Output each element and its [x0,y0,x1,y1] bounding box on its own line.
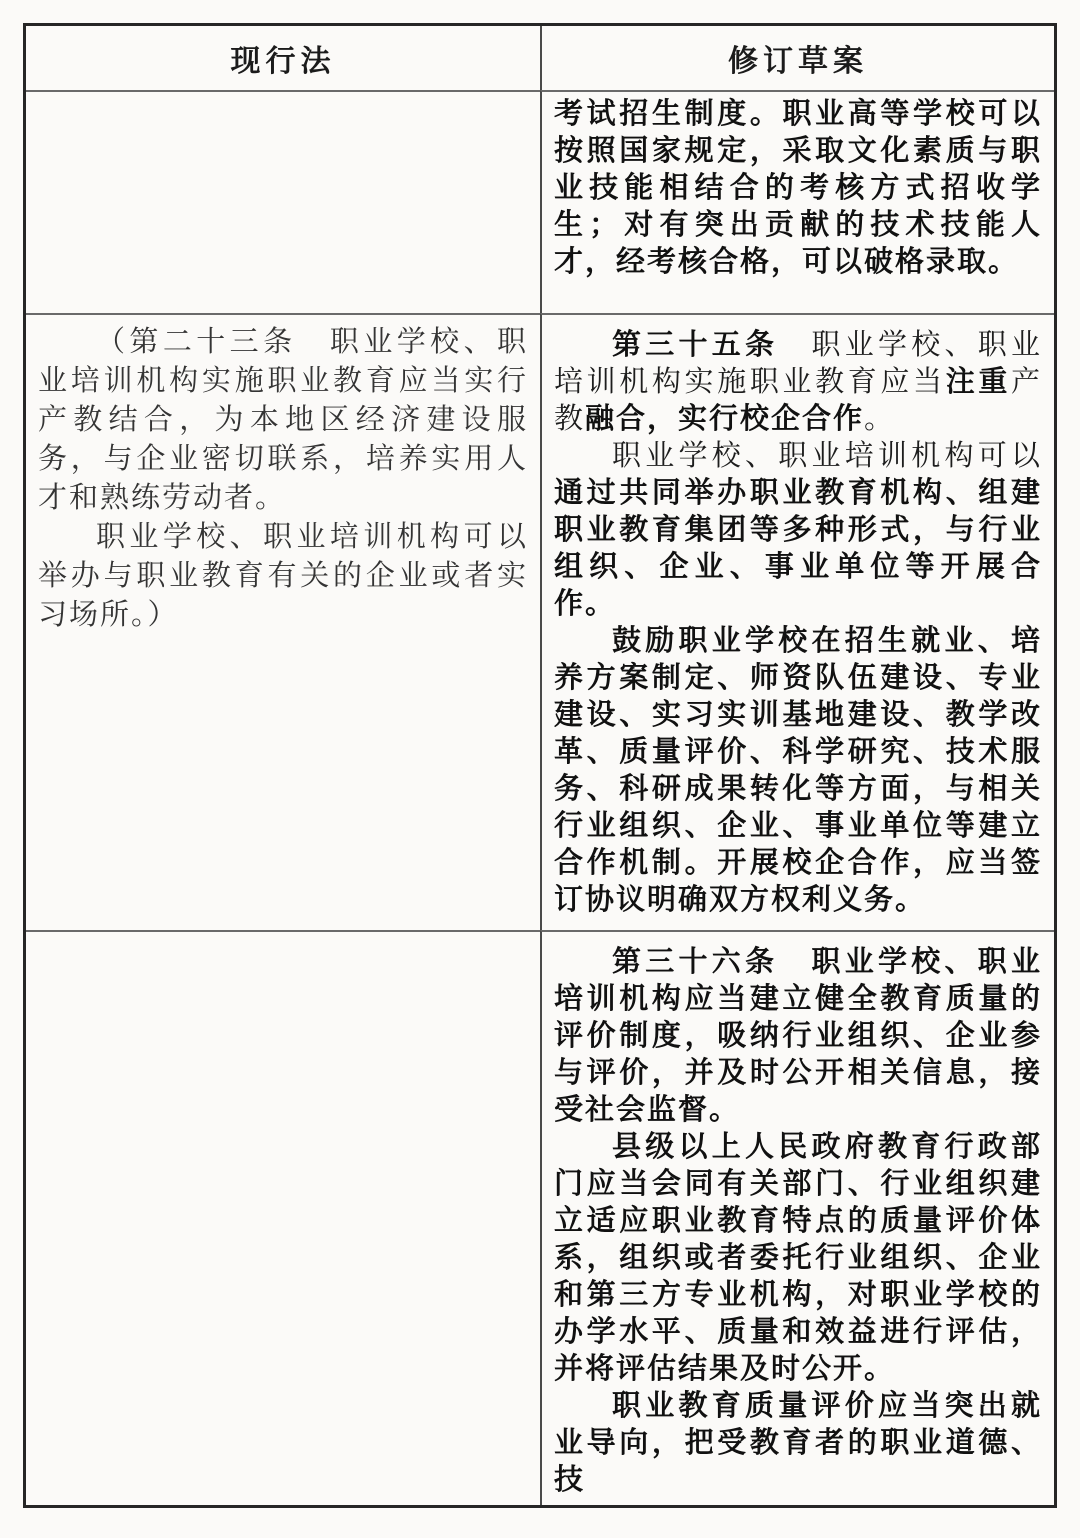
emphasized-text: 第三十六条 [612,946,778,978]
row-1-current-law-cell [26,90,540,313]
row-3-revision-draft-cell: 第三十六条 职业学校、职业培训机构应当建立健全教育质量的评价制度，吸纳行业组织、… [540,930,1054,1505]
row-2-current-law-cell: （第二十三条 职业学校、职业培训机构实施职业教育应当实行产教结合，为本地区经济建… [26,313,540,930]
body-text: 。 [864,403,895,435]
header-revision-draft-label: 修订草案 [728,36,868,80]
emphasized-text: 第三十五条 [612,329,778,361]
paragraph: 县级以上人民政府教育行政部门应当会同有关部门、行业组织建立适应职业教育特点的质量… [554,1129,1042,1388]
paragraph: 职业教育质量评价应当突出就业导向，把受教育者的职业道德、技 [554,1388,1042,1499]
emphasized-text: 通过共同举办职业教育机构、组建职业教育集团等多种形式，与行业组织、企业、事业单位… [554,477,1042,620]
header-current-law: 现行法 [26,26,540,90]
body-text [778,946,811,978]
row-3-current-law-cell [26,930,540,1505]
header-revision-draft: 修订草案 [540,26,1054,90]
paragraph: 职业学校、职业培训机构可以通过共同举办职业教育机构、组建职业教育集团等多种形式，… [554,438,1042,623]
paragraph: （第二十三条 职业学校、职业培训机构实施职业教育应当实行产教结合，为本地区经济建… [38,323,528,518]
paragraph: 第三十六条 职业学校、职业培训机构应当建立健全教育质量的评价制度，吸纳行业组织、… [554,944,1042,1129]
emphasized-text: 融合，实行校企合作 [585,403,864,435]
paragraph: 第三十五条 职业学校、职业培训机构实施职业教育应当注重产教融合，实行校企合作。 [554,327,1042,438]
body-text: （第二十三条 职业学校、职业培训机构实施职业教育应当实行产教结合，为本地区经济建… [38,326,528,514]
row-1-revision-draft-cell: 考试招生制度。职业高等学校可以按照国家规定，采取文化素质与职业技能相结合的考核方… [540,90,1054,313]
paragraph: 考试招生制度。职业高等学校可以按照国家规定，采取文化素质与职业技能相结合的考核方… [554,96,1042,281]
emphasized-text: 注重 [946,366,1011,398]
paragraph: 鼓励职业学校在招生就业、培养方案制定、师资队伍建设、专业建设、实习实训基地建设、… [554,623,1042,919]
law-comparison-table: 现行法 修订草案 考试招生制度。职业高等学校可以按照国家规定，采取文化素质与职业… [23,23,1057,1508]
paragraph: 职业学校、职业培训机构可以举办与职业教育有关的企业或者实习场所。） [38,518,528,635]
emphasized-text: 职业教育质量评价应当突出就业导向，把受教育者的职业道德、技 [554,1390,1042,1496]
body-text: 职业学校、职业培训机构可以 [612,440,1042,472]
scanned-page: 现行法 修订草案 考试招生制度。职业高等学校可以按照国家规定，采取文化素质与职业… [0,0,1080,1538]
body-text: 职业学校、职业培训机构可以举办与职业教育有关的企业或者实习场所。） [38,521,528,631]
header-current-law-label: 现行法 [231,36,336,80]
emphasized-text: 县级以上人民政府教育行政部门应当会同有关部门、行业组织建立适应职业教育特点的质量… [554,1131,1042,1385]
emphasized-text: 鼓励职业学校在招生就业、培养方案制定、师资队伍建设、专业建设、实习实训基地建设、… [554,625,1042,916]
row-2-revision-draft-cell: 第三十五条 职业学校、职业培训机构实施职业教育应当注重产教融合，实行校企合作。职… [540,313,1054,930]
emphasized-text: 考试招生制度。职业高等学校可以按照国家规定，采取文化素质与职业技能相结合的考核方… [554,98,1042,278]
